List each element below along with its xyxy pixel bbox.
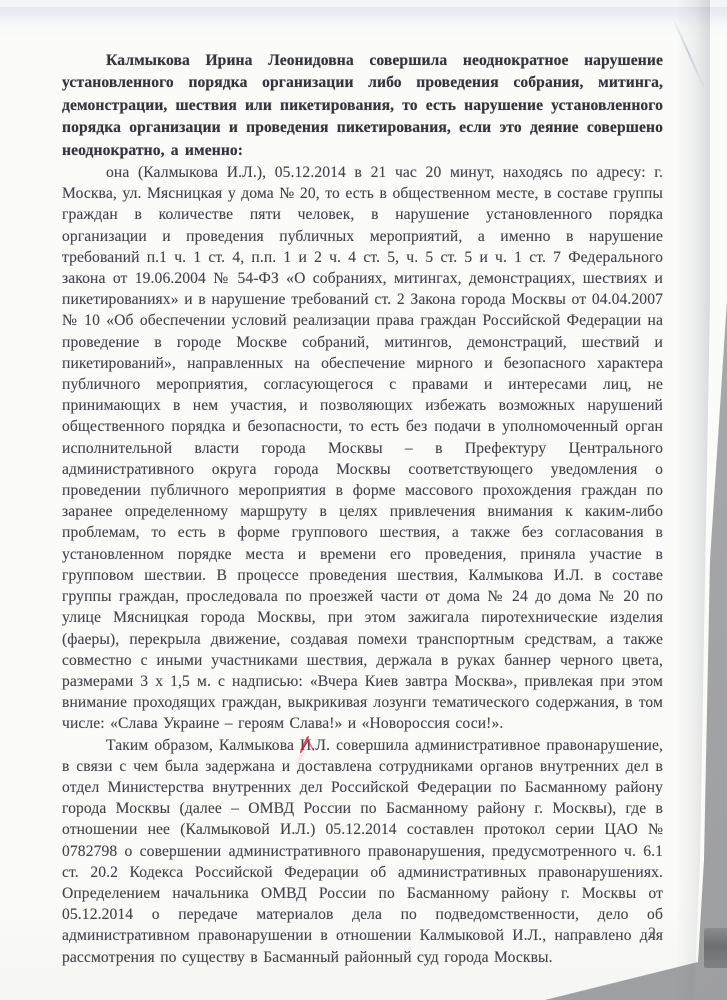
charge-heading-paragraph: Калмыкова Ирина Леонидовна совершила нео… bbox=[62, 50, 663, 162]
facts-paragraph: она (Калмыкова И.Л.), 05.12.2014 в 21 ча… bbox=[62, 162, 663, 734]
document-text-block: Калмыкова Ирина Леонидовна совершила нео… bbox=[62, 50, 663, 968]
red-pen-marked-initials: И.Л. bbox=[300, 737, 330, 754]
conclusion-text-before-mark: Таким образом, Калмыкова bbox=[106, 737, 300, 754]
scanner-fixture bbox=[704, 928, 727, 968]
conclusion-text-after-mark: совершила административное правонарушени… bbox=[62, 737, 663, 966]
conclusion-paragraph: Таким образом, Калмыкова И.Л. совершила … bbox=[62, 735, 663, 968]
scanned-court-document-page: { "document": { "heading": "Калмыкова Ир… bbox=[0, 0, 727, 1000]
paper-edge-shadow bbox=[676, 0, 710, 1000]
scanner-band-artifact bbox=[0, 7, 727, 25]
page-number: 2 bbox=[648, 925, 656, 943]
